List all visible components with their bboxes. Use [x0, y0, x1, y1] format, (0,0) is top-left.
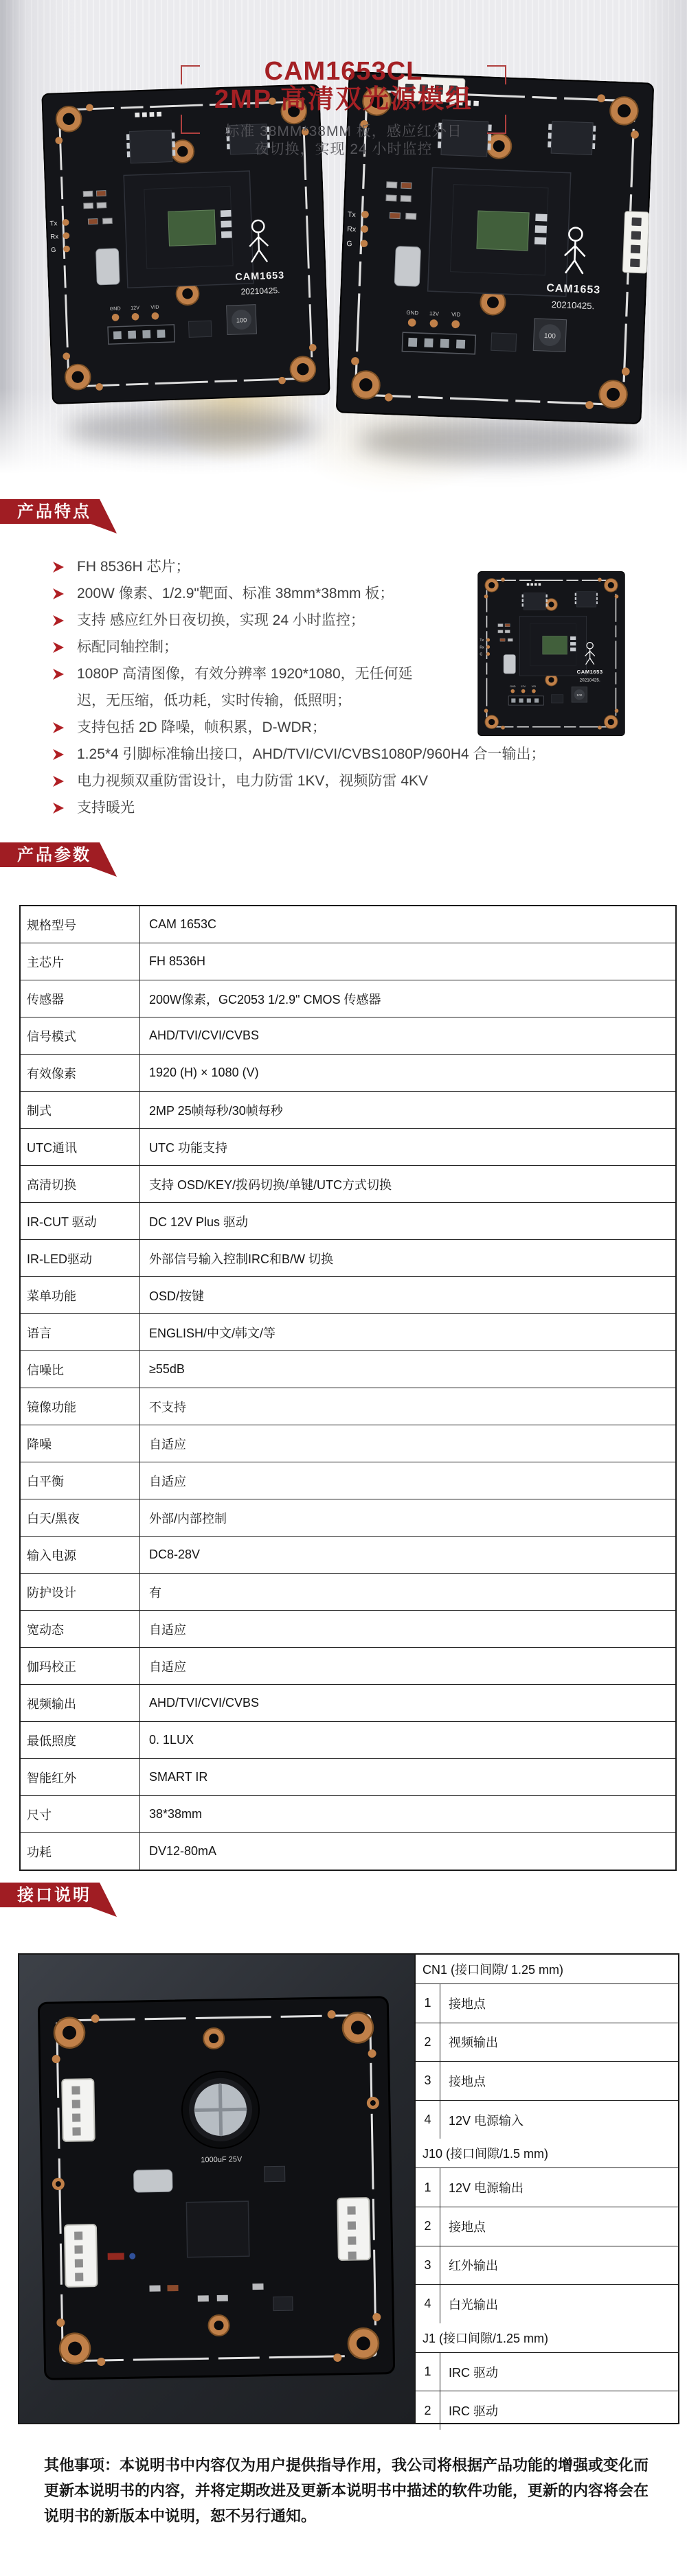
- param-label-cell: 有效像素: [20, 1055, 140, 1092]
- interface-panel: CN1 (接口间隙/ 1.25 mm) 1 接地点 2 视频输出: [18, 1953, 679, 2424]
- param-row: 有效像素 1920 (H) × 1080 (V): [20, 1055, 676, 1092]
- pin-row: 2 视频输出: [416, 2023, 678, 2062]
- feature-item: 200W 像素、1/2.9"靶面、标准 38mm*38mm 板；: [52, 580, 651, 607]
- pin-number-cell: 4: [416, 2285, 440, 2323]
- feature-text: 支持暖光: [77, 800, 135, 816]
- params-table: 规格型号 CAM 1653C 主芯片 FH 8536H 传感器 200W像素，G…: [19, 905, 677, 1871]
- param-label-cell: 宽动态: [20, 1611, 140, 1648]
- features-section: FH 8536H 芯片； 200W 像素、1/2.9"靶面、标准 38mm*38…: [52, 553, 651, 821]
- pin-desc-cell: 视频输出: [440, 2023, 678, 2062]
- param-value-cell: AHD/TVI/CVI/CVBS: [140, 1685, 677, 1722]
- feature-text: 200W 像素、1/2.9"靶面、标准 38mm*38mm 板；: [77, 586, 394, 601]
- param-label-cell: 信号模式: [20, 1017, 140, 1055]
- param-row: 主芯片 FH 8536H: [20, 943, 676, 980]
- param-row: 白天/黑夜 外部/内部控制: [20, 1499, 676, 1537]
- interface-board-image: [19, 1955, 416, 2423]
- pin-desc-cell: 接地点: [440, 2207, 678, 2246]
- feature-text: 支持 感应红外日夜切换，实现 24 小时监控；: [77, 612, 365, 628]
- param-label-cell: UTC通讯: [20, 1129, 140, 1166]
- pin-number-cell: 2: [416, 2023, 440, 2062]
- param-value-cell: 自适应: [140, 1648, 677, 1685]
- page-root: CAM1653CL 2MP 高清双光源模组 标准 38MM*38MM 板，感应红…: [0, 0, 687, 2576]
- pin-number-cell: 2: [416, 2207, 440, 2246]
- pin-desc-cell: IRC 驱动: [440, 2353, 678, 2391]
- param-label-cell: 传感器: [20, 980, 140, 1017]
- feature-text: 1080P 高清图像，有效分辨率 1920*1080，无任何延迟，无压缩，低功耗…: [77, 666, 413, 709]
- param-label-cell: 语言: [20, 1314, 140, 1351]
- param-label-cell: 镜像功能: [20, 1388, 140, 1425]
- arrow-bullet-icon: [53, 562, 64, 573]
- param-row: 最低照度 0. 1LUX: [20, 1722, 676, 1759]
- param-row: IR-CUT 驱动 DC 12V Plus 驱动: [20, 1203, 676, 1240]
- param-value-cell: 200W像素，GC2053 1/2.9" CMOS 传感器: [140, 980, 677, 1017]
- param-value-cell: AHD/TVI/CVI/CVBS: [140, 1017, 677, 1055]
- param-value-cell: 38*38mm: [140, 1796, 677, 1833]
- product-title: 2MP 高清双光源模组: [0, 85, 687, 114]
- param-label-cell: 高清切换: [20, 1166, 140, 1203]
- feature-item: 标配同轴控制；: [52, 634, 651, 660]
- hero-section: CAM1653CL 2MP 高清双光源模组 标准 38MM*38MM 板，感应红…: [0, 0, 687, 474]
- param-row: IR-LED驱动 外部信号输入控制IRC和B/W 切换: [20, 1240, 676, 1277]
- param-value-cell: 有: [140, 1574, 677, 1611]
- model-title: CAM1653CL: [0, 59, 687, 84]
- param-row: 尺寸 38*38mm: [20, 1796, 676, 1833]
- pin-number-cell: 3: [416, 2246, 440, 2285]
- param-value-cell: SMART IR: [140, 1759, 677, 1796]
- pin-row: 1 接地点: [416, 1984, 678, 2023]
- section-title: 接口说明: [17, 1883, 91, 1908]
- param-label-cell: 伽玛校正: [20, 1648, 140, 1685]
- param-row: 信噪比 ≥55dB: [20, 1351, 676, 1388]
- param-row: 制式 2MP 25帧每秒/30帧每秒: [20, 1092, 676, 1129]
- subtitle: 标准 38MM*38MM 板，感应红外日 夜切换，实现 24 小时监控: [0, 123, 687, 159]
- pin-number-cell: 4: [416, 2101, 440, 2139]
- pin-desc-cell: 接地点: [440, 2062, 678, 2100]
- feature-item: 支持暖光: [52, 794, 651, 821]
- param-row: 输入电源 DC8-28V: [20, 1537, 676, 1574]
- pin-row: 3 红外输出: [416, 2246, 678, 2286]
- param-value-cell: 自适应: [140, 1462, 677, 1499]
- param-label-cell: 防护设计: [20, 1574, 140, 1611]
- param-value-cell: 不支持: [140, 1388, 677, 1425]
- footer-note: 其他事项：本说明书中内容仅为用户提供指导作用，我公司将根据产品功能的增强或变化而…: [44, 2452, 651, 2529]
- feature-item: 1.25*4 引脚标准输出接口，AHD/TVI/CVI/CVBS1080P/96…: [52, 741, 651, 768]
- pin-number-cell: 3: [416, 2062, 440, 2100]
- pin-desc-cell: 接地点: [440, 1984, 678, 2023]
- pin-desc-cell: IRC 驱动: [440, 2391, 678, 2430]
- section-title: 产品参数: [17, 842, 91, 868]
- param-label-cell: 尺寸: [20, 1796, 140, 1833]
- param-row: 宽动态 自适应: [20, 1611, 676, 1648]
- pin-row: 4 白光输出: [416, 2285, 678, 2323]
- arrow-bullet-icon: [53, 588, 64, 599]
- param-row: 镜像功能 不支持: [20, 1388, 676, 1425]
- param-value-cell: 0. 1LUX: [140, 1722, 677, 1759]
- param-row: 降噪 自适应: [20, 1425, 676, 1462]
- pin-group-header: J10 (接口间隙/1.5 mm): [416, 2139, 678, 2168]
- param-row: 菜单功能 OSD/按键: [20, 1277, 676, 1314]
- param-value-cell: DC 12V Plus 驱动: [140, 1203, 677, 1240]
- feature-text: 标配同轴控制；: [77, 639, 178, 655]
- param-row: 白平衡 自适应: [20, 1462, 676, 1499]
- pin-desc-cell: 12V 电源输出: [440, 2168, 678, 2207]
- param-value-cell: UTC 功能支持: [140, 1129, 677, 1166]
- param-value-cell: FH 8536H: [140, 943, 677, 980]
- param-label-cell: 菜单功能: [20, 1277, 140, 1314]
- param-label-cell: 白平衡: [20, 1462, 140, 1499]
- section-title: 产品特点: [17, 499, 91, 525]
- param-row: 规格型号 CAM 1653C: [20, 906, 676, 943]
- param-row: 功耗 DV12-80mA: [20, 1833, 676, 1871]
- param-row: 语言 ENGLISH/中文/韩文/等: [20, 1314, 676, 1351]
- param-label-cell: IR-CUT 驱动: [20, 1203, 140, 1240]
- param-value-cell: OSD/按键: [140, 1277, 677, 1314]
- param-label-cell: 规格型号: [20, 906, 140, 943]
- param-value-cell: DV12-80mA: [140, 1833, 677, 1871]
- feature-text: 电力视频双重防雷设计，电力防雷 1KV，视频防雷 4KV: [77, 773, 428, 789]
- param-value-cell: DC8-28V: [140, 1537, 677, 1574]
- arrow-bullet-icon: [53, 749, 64, 760]
- pin-group-header: J1 (接口间隙/1.25 mm): [416, 2323, 678, 2353]
- param-row: 传感器 200W像素，GC2053 1/2.9" CMOS 传感器: [20, 980, 676, 1017]
- param-label-cell: 输入电源: [20, 1537, 140, 1574]
- param-value-cell: 自适应: [140, 1611, 677, 1648]
- pin-row: 3 接地点: [416, 2062, 678, 2101]
- param-row: 高清切换 支持 OSD/KEY/拨码切换/单键/UTC方式切换: [20, 1166, 676, 1203]
- pin-number-cell: 1: [416, 2168, 440, 2207]
- subtitle-line1: 标准 38MM*38MM 板，感应红外日: [0, 123, 687, 141]
- section-banner-params: 产品参数: [0, 842, 117, 877]
- feature-item: 电力视频双重防雷设计，电力防雷 1KV，视频防雷 4KV: [52, 768, 651, 794]
- param-label-cell: 功耗: [20, 1833, 140, 1871]
- arrow-bullet-icon: [53, 642, 64, 653]
- white-connector: [622, 211, 649, 273]
- param-label-cell: 智能红外: [20, 1759, 140, 1796]
- pin-number-cell: 1: [416, 2353, 440, 2391]
- param-label-cell: 主芯片: [20, 943, 140, 980]
- board-shadow: [65, 409, 319, 450]
- pin-group-j10: J10 (接口间隙/1.5 mm) 1 12V 电源输出 2 接地点: [416, 2139, 678, 2323]
- pin-table: CN1 (接口间隙/ 1.25 mm) 1 接地点 2 视频输出: [416, 1955, 678, 2423]
- feature-item: 支持 感应红外日夜切换，实现 24 小时监控；: [52, 607, 651, 634]
- features-list: FH 8536H 芯片； 200W 像素、1/2.9"靶面、标准 38mm*38…: [52, 553, 651, 821]
- param-value-cell: ENGLISH/中文/韩文/等: [140, 1314, 677, 1351]
- feature-text: 1.25*4 引脚标准输出接口，AHD/TVI/CVI/CVBS1080P/96…: [77, 746, 545, 762]
- pin-desc-cell: 红外输出: [440, 2246, 678, 2285]
- param-row: 视频输出 AHD/TVI/CVI/CVBS: [20, 1685, 676, 1722]
- param-value-cell: ≥55dB: [140, 1351, 677, 1388]
- param-value-cell: 2MP 25帧每秒/30帧每秒: [140, 1092, 677, 1129]
- param-row: 信号模式 AHD/TVI/CVI/CVBS: [20, 1017, 676, 1055]
- page-title-block: CAM1653CL 2MP 高清双光源模组 标准 38MM*38MM 板，感应红…: [0, 59, 687, 159]
- subtitle-line2: 夜切换，实现 24 小时监控: [0, 141, 687, 159]
- param-row: 智能红外 SMART IR: [20, 1759, 676, 1796]
- feature-item: FH 8536H 芯片；: [52, 553, 651, 580]
- pin-group-cn1: CN1 (接口间隙/ 1.25 mm) 1 接地点 2 视频输出: [416, 1955, 678, 2139]
- param-row: 防护设计 有: [20, 1574, 676, 1611]
- param-value-cell: CAM 1653C: [140, 906, 677, 943]
- pin-group-j1: J1 (接口间隙/1.25 mm) 1 IRC 驱动 2 IRC 驱动: [416, 2323, 678, 2430]
- feature-text: FH 8536H 芯片；: [77, 559, 190, 575]
- section-banner-features: 产品特点: [0, 499, 117, 533]
- arrow-bullet-icon: [53, 776, 64, 787]
- param-row: UTC通讯 UTC 功能支持: [20, 1129, 676, 1166]
- param-value-cell: 外部信号输入控制IRC和B/W 切换: [140, 1240, 677, 1277]
- pin-row: 1 12V 电源输出: [416, 2168, 678, 2207]
- section-banner-interface: 接口说明: [0, 1883, 117, 1917]
- param-label-cell: 白天/黑夜: [20, 1499, 140, 1537]
- param-label-cell: 降噪: [20, 1425, 140, 1462]
- pin-desc-cell: 12V 电源输入: [440, 2101, 678, 2139]
- param-value-cell: 1920 (H) × 1080 (V): [140, 1055, 677, 1092]
- arrow-bullet-icon: [53, 615, 64, 626]
- param-label-cell: 制式: [20, 1092, 140, 1129]
- pin-number-cell: 2: [416, 2391, 440, 2430]
- feature-item: 支持包括 2D 降噪，帧积累，D-WDR；: [52, 714, 651, 741]
- feature-item: 1080P 高清图像，有效分辨率 1920*1080，无任何延迟，无压缩，低功耗…: [52, 660, 651, 714]
- param-value-cell: 自适应: [140, 1425, 677, 1462]
- param-value-cell: 外部/内部控制: [140, 1499, 677, 1537]
- board-shadow: [357, 419, 639, 463]
- param-row: 伽玛校正 自适应: [20, 1648, 676, 1685]
- param-label-cell: 信噪比: [20, 1351, 140, 1388]
- pin-row: 1 IRC 驱动: [416, 2353, 678, 2392]
- pin-group-header: CN1 (接口间隙/ 1.25 mm): [416, 1955, 678, 1984]
- arrow-bullet-icon: [53, 722, 64, 733]
- pin-row: 4 12V 电源输入: [416, 2101, 678, 2139]
- pin-desc-cell: 白光输出: [440, 2285, 678, 2323]
- pin-row: 2 IRC 驱动: [416, 2391, 678, 2430]
- arrow-bullet-icon: [53, 803, 64, 814]
- arrow-bullet-icon: [53, 669, 64, 680]
- feature-text: 支持包括 2D 降噪，帧积累，D-WDR；: [77, 720, 326, 735]
- param-label-cell: IR-LED驱动: [20, 1240, 140, 1277]
- param-value-cell: 支持 OSD/KEY/拨码切换/单键/UTC方式切换: [140, 1166, 677, 1203]
- pin-row: 2 接地点: [416, 2207, 678, 2246]
- pin-number-cell: 1: [416, 1984, 440, 2023]
- param-label-cell: 最低照度: [20, 1722, 140, 1759]
- param-label-cell: 视频输出: [20, 1685, 140, 1722]
